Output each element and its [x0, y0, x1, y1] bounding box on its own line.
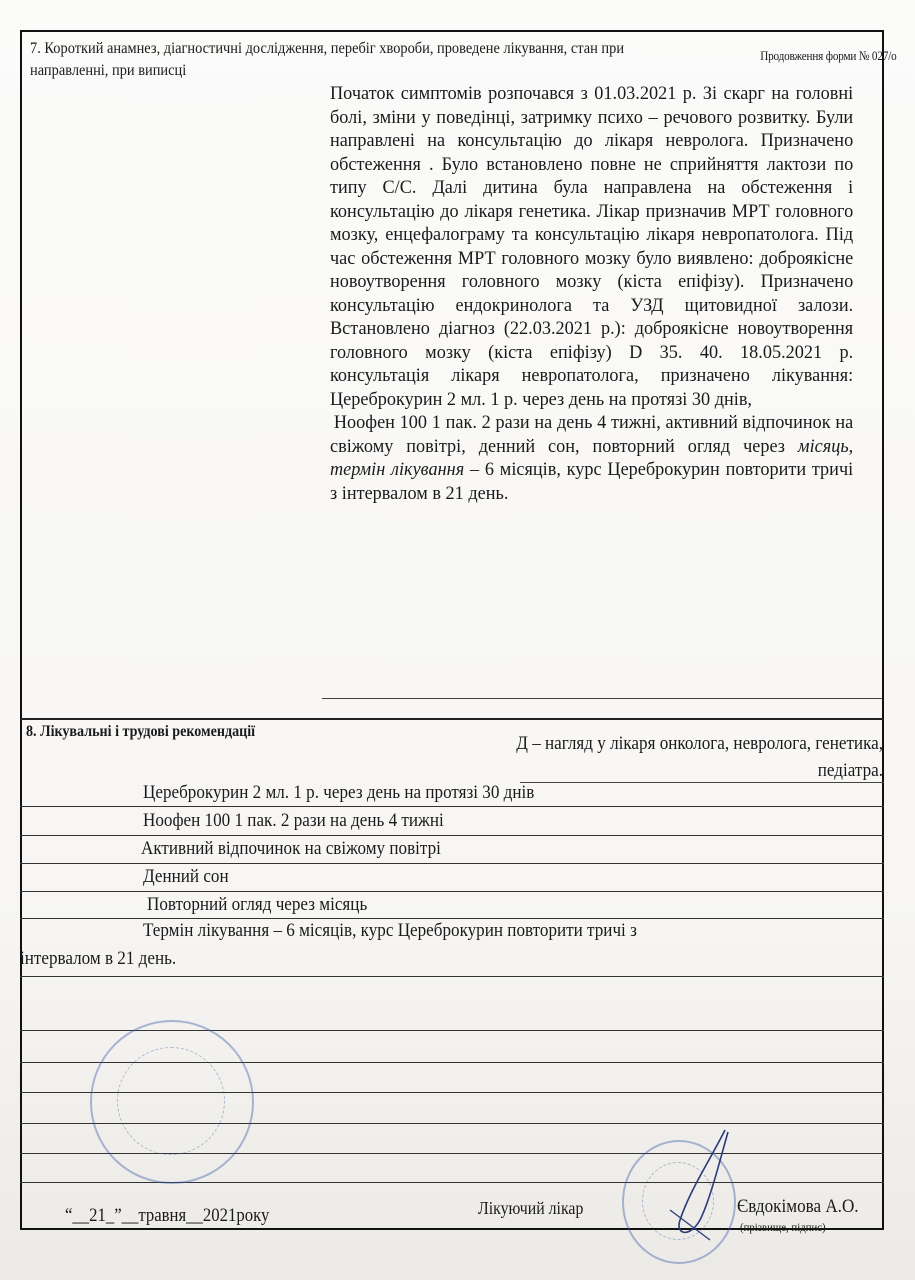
p2-italic-term: термін лікування: [330, 459, 464, 480]
supervision-note: Д – нагляд у лікаря онколога, невролога,…: [469, 730, 883, 784]
recommendation-line: Денний сон: [143, 866, 229, 888]
ruled-line: [20, 1182, 884, 1183]
stamp-inner-ring: [117, 1047, 225, 1155]
recommendation-line: Повторний огляд через місяць: [147, 894, 367, 916]
supervision-underline: [520, 782, 884, 783]
ruled-line: [20, 835, 884, 836]
recommendation-line: інтервалом в 21 день.: [20, 948, 176, 970]
discharge-date: “__21_”__травня__2021року: [65, 1205, 269, 1227]
p2-text-b: ,: [849, 436, 854, 457]
section-7-heading-line2: направленні, при виписці: [30, 60, 804, 82]
recommendation-line: Активний відпочинок на свіжому повітрі: [141, 838, 441, 860]
section-7-body: Початок симптомів розпочався з 01.03.202…: [330, 82, 853, 505]
recommendation-line: Термін лікування – 6 місяців, курс Цереб…: [143, 920, 637, 942]
section-8-heading: 8. Лікувальні і трудові рекомендації: [26, 723, 255, 741]
ruled-line: [20, 891, 884, 892]
signature-icon: [650, 1120, 740, 1260]
anamnesis-paragraph-1: Початок симптомів розпочався з 01.03.202…: [330, 82, 853, 411]
ruled-line: [20, 918, 884, 919]
section-7-underline: [322, 698, 882, 699]
document-page: Продовження форми № 027/о 7. Короткий ан…: [0, 0, 915, 1280]
section-7-heading: 7. Короткий анамнез, діагностичні дослід…: [30, 38, 804, 82]
attending-doctor-label: Лікуючий лікар: [478, 1198, 583, 1219]
ruled-line: [20, 806, 884, 807]
doctor-signature-caption: (прізвище, підпис): [740, 1220, 826, 1235]
recommendation-line: Цереброкурин 2 мл. 1 р. через день на пр…: [143, 782, 534, 804]
recommendation-line: Ноофен 100 1 пак. 2 рази на день 4 тижні: [143, 810, 444, 832]
p2-text-a: Ноофен 100 1 пак. 2 рази на день 4 тижні…: [330, 412, 853, 457]
official-stamp-left: [90, 1020, 254, 1184]
section-divider: [20, 718, 884, 720]
section-7-heading-line1: 7. Короткий анамнез, діагностичні дослід…: [30, 38, 804, 60]
doctor-name: Євдокімова А.О.: [737, 1196, 859, 1218]
ruled-line: [20, 976, 884, 977]
anamnesis-paragraph-2: Ноофен 100 1 пак. 2 рази на день 4 тижні…: [330, 411, 853, 505]
ruled-line: [20, 863, 884, 864]
p2-italic-month: місяць: [798, 436, 849, 457]
